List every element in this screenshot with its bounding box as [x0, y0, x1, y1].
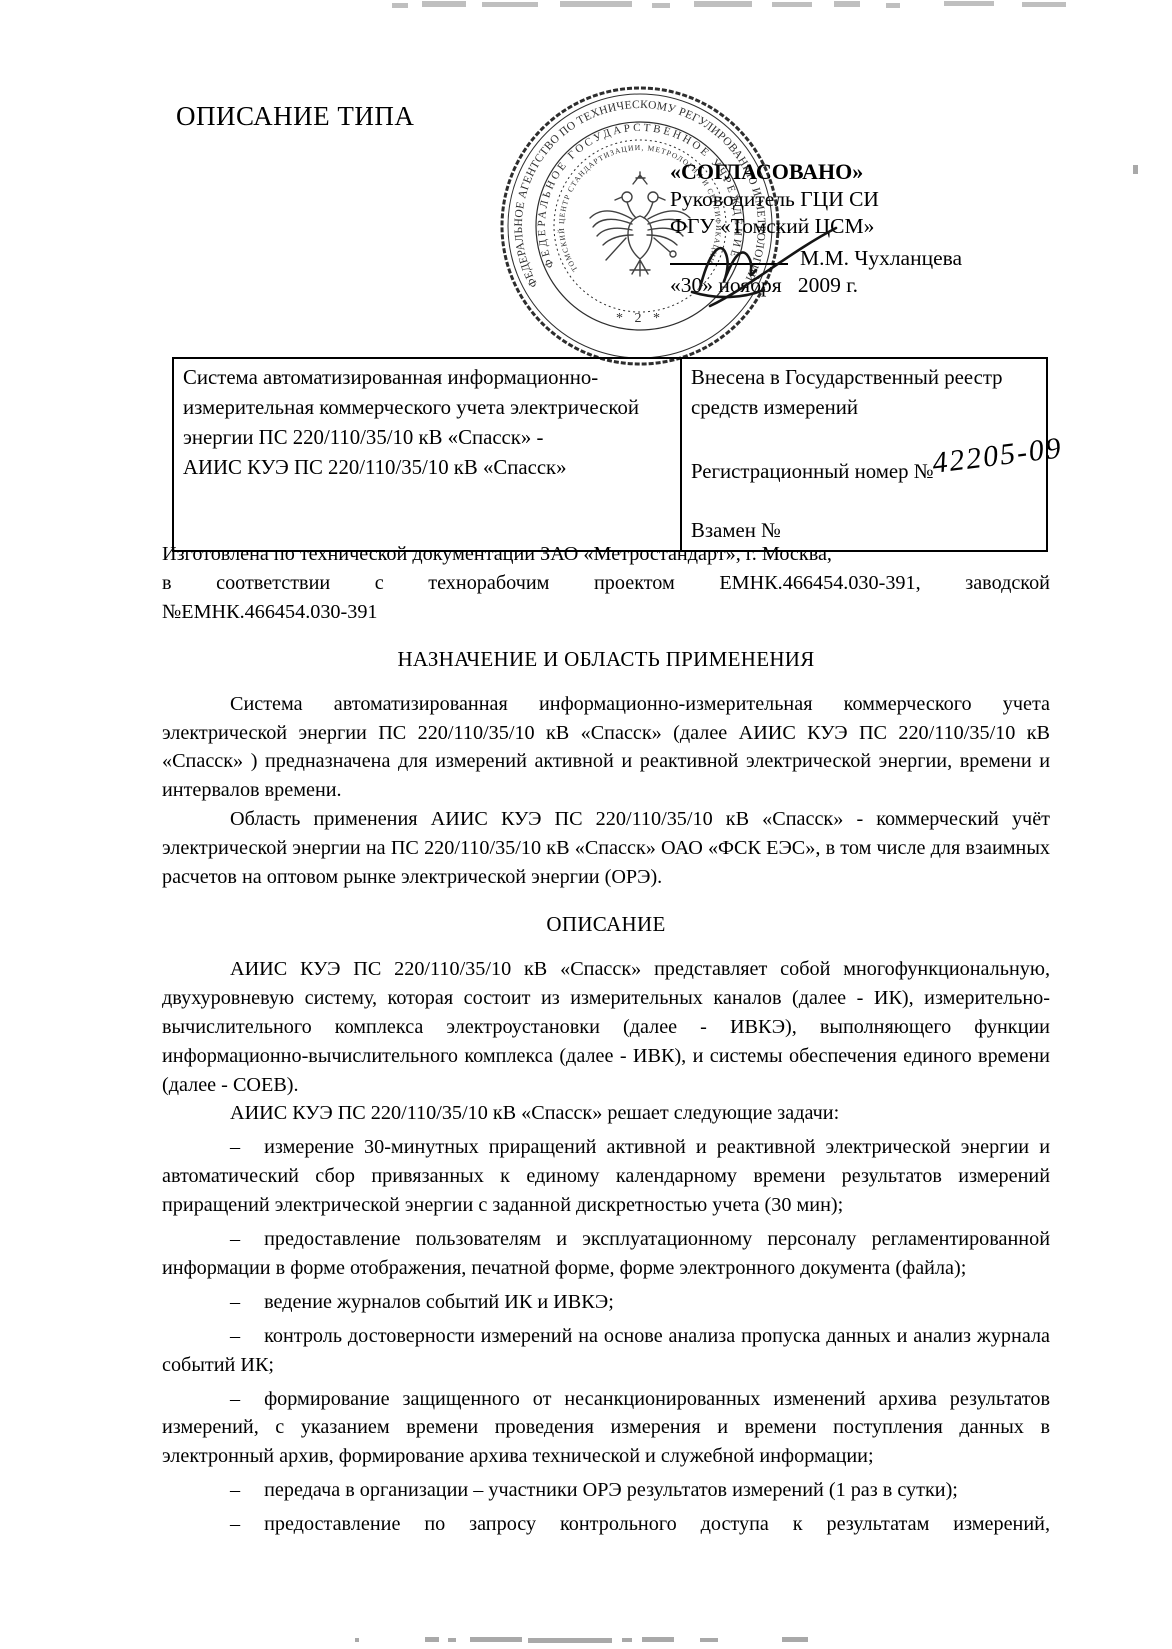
document-body: Изготовлена по технической документации …	[162, 540, 1050, 1539]
scan-artifact	[528, 1638, 612, 1643]
registration-table: Система автоматизированная информационно…	[172, 357, 1048, 552]
task-list-item: –предоставление пользователям и эксплуат…	[162, 1225, 1050, 1283]
purpose-paragraph: Область применения АИИС КУЭ ПС 220/110/3…	[162, 805, 1050, 892]
approver-role-line: Руководитель ГЦИ СИ	[670, 186, 1100, 214]
scan-artifact	[482, 2, 538, 7]
section-heading-description: ОПИСАНИЕ	[162, 910, 1050, 939]
bullet-dash: –	[230, 1388, 240, 1410]
system-short-name-text: АИИС КУЭ ПС 220/110/35/10 кВ «Спасск»	[183, 453, 672, 483]
scan-artifact	[1022, 2, 1066, 7]
scan-artifact	[425, 1637, 439, 1642]
scan-artifact	[652, 3, 670, 8]
description-paragraph: АИИС КУЭ ПС 220/110/35/10 кВ «Спасск» пр…	[162, 955, 1050, 1100]
system-name-cell: Система автоматизированная информационно…	[173, 358, 681, 551]
seal-bottom-mark: * 2 *	[616, 311, 664, 326]
scan-artifact	[392, 3, 408, 8]
scan-artifact	[422, 1, 466, 7]
handwritten-signature	[686, 222, 856, 317]
task-list-item: –ведение журналов событий ИК и ИВКЭ;	[162, 1288, 1050, 1317]
bullet-dash: –	[230, 1479, 240, 1501]
section-heading-purpose: НАЗНАЧЕНИЕ И ОБЛАСТЬ ПРИМЕНЕНИЯ	[162, 645, 1050, 674]
task-list-item: –контроль достоверности измерений на осн…	[162, 1322, 1050, 1380]
bullet-dash: –	[230, 1291, 240, 1313]
task-list-item: –передача в организации – участники ОРЭ …	[162, 1476, 1050, 1505]
table-row: Система автоматизированная информационно…	[173, 358, 1047, 551]
scan-artifact	[355, 1638, 359, 1642]
task-list-item-text: передача в организации – участники ОРЭ р…	[264, 1479, 958, 1501]
handwritten-registration-number: 42205-09	[930, 433, 1064, 479]
scan-artifact	[448, 1638, 456, 1642]
task-list-item: –формирование защищенного от несанкциони…	[162, 1385, 1050, 1472]
bullet-dash: –	[230, 1513, 240, 1535]
task-list-item-text: предоставление по запросу контрольного д…	[264, 1513, 1050, 1535]
registration-number-label: Регистрационный номер №	[691, 460, 934, 483]
scan-artifact	[944, 1, 994, 6]
task-list-item-text: ведение журналов событий ИК и ИВКЭ;	[264, 1291, 614, 1313]
agreed-label: «СОГЛАСОВАНО»	[670, 158, 1100, 186]
registry-cell: Внесена в Государственный реестр средств…	[681, 358, 1047, 551]
bullet-dash: –	[230, 1228, 240, 1250]
scan-artifact	[782, 1637, 808, 1642]
scan-artifact	[886, 3, 900, 8]
task-list-item-text: формирование защищенного от несанкционир…	[162, 1388, 1050, 1468]
task-list-item: –предоставление по запросу контрольного …	[162, 1510, 1050, 1539]
registry-entry-text: Внесена в Государственный реестр средств…	[691, 363, 1038, 423]
scan-artifact	[560, 1, 632, 7]
scan-artifact	[834, 1, 860, 7]
page-title: ОПИСАНИЕ ТИПА	[176, 101, 414, 132]
scan-artifact	[694, 1, 752, 7]
tasks-intro: АИИС КУЭ ПС 220/110/35/10 кВ «Спасск» ре…	[162, 1099, 1050, 1128]
system-name-text: Система автоматизированная информационно…	[183, 363, 672, 453]
task-list-item-text: измерение 30-минутных приращений активно…	[162, 1136, 1050, 1216]
scan-artifact	[622, 1638, 632, 1642]
manufactured-line: в соответствии с технорабочим проектом Е…	[162, 569, 1050, 598]
task-list-item: –измерение 30-минутных приращений активн…	[162, 1133, 1050, 1220]
scan-artifact	[700, 1638, 718, 1642]
scan-artifact	[642, 1637, 674, 1642]
purpose-paragraph: Система автоматизированная информационно…	[162, 690, 1050, 806]
task-list-item-text: предоставление пользователям и эксплуата…	[162, 1228, 1050, 1279]
document-page: ОПИСАНИЕ ТИПА ФЕДЕРАЛЬНОЕ АГЕНТСТВО ПО Т…	[0, 0, 1172, 1649]
scan-artifact	[1133, 165, 1138, 174]
bullet-dash: –	[230, 1136, 240, 1158]
scan-artifact	[470, 1637, 522, 1642]
manufactured-line: Изготовлена по технической документации …	[162, 540, 1050, 569]
task-list-item-text: контроль достоверности измерений на осно…	[162, 1325, 1050, 1376]
bullet-dash: –	[230, 1325, 240, 1347]
scan-artifact	[772, 2, 812, 7]
manufactured-line: №ЕМНК.466454.030-391	[162, 598, 1050, 627]
